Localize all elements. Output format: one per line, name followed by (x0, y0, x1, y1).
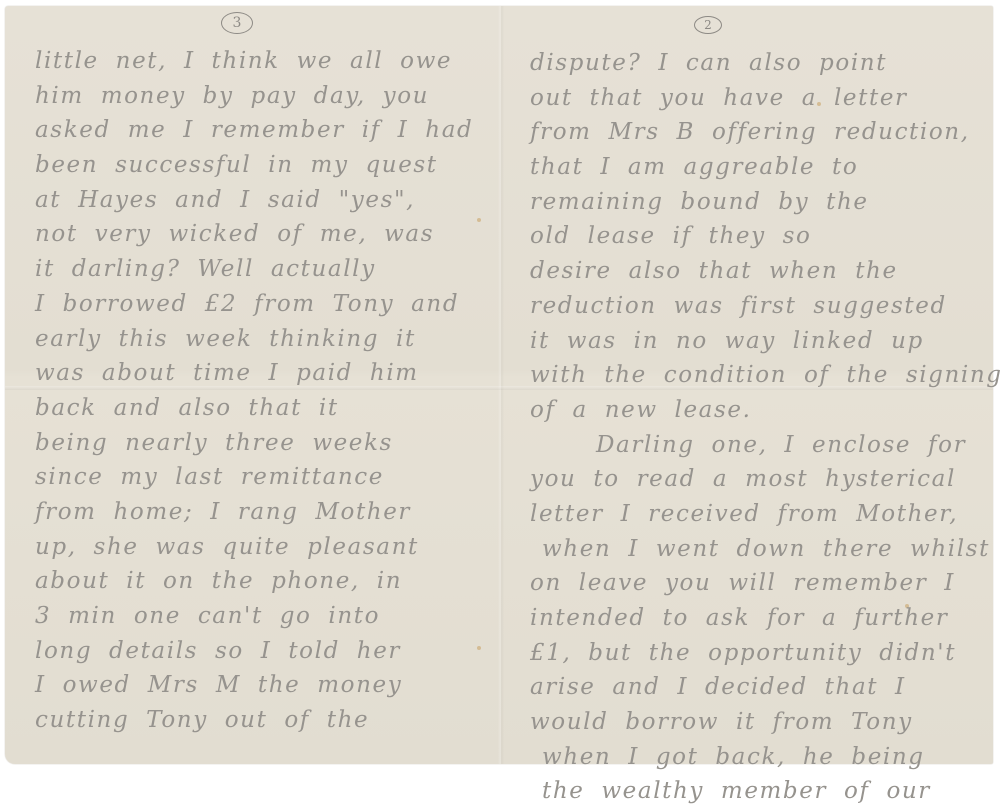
text-line: of a new lease. (530, 393, 975, 428)
text-line: up, she was quite pleasant (35, 530, 480, 565)
text-line: back and also that it (35, 391, 480, 426)
letter-sheet: 3 little net, I think we all owe him mon… (5, 6, 993, 764)
text-line: letter I received from Mother, (530, 497, 975, 532)
text-line: 3 min one can't go into (35, 599, 480, 634)
text-line: about it on the phone, in (35, 564, 480, 599)
left-page: 3 little net, I think we all owe him mon… (5, 6, 498, 764)
text-line: desire also that when the (530, 254, 975, 289)
text-line: asked me I remember if I had (35, 113, 480, 148)
text-line: little net, I think we all owe (35, 44, 480, 79)
text-line: at Hayes and I said "yes", (35, 183, 480, 218)
text-line: dispute? I can also point (530, 46, 975, 81)
text-line: since my last remittance (35, 460, 480, 495)
text-line: out that you have a letter (530, 81, 975, 116)
text-line: on leave you will remember I (530, 566, 975, 601)
text-line: early this week thinking it (35, 322, 480, 357)
text-line: him money by pay day, you (35, 79, 480, 114)
text-line: long details so I told her (35, 634, 480, 669)
text-line: being nearly three weeks (35, 426, 480, 461)
text-line: was about time I paid him (35, 356, 480, 391)
text-line: that I am aggreable to (530, 150, 975, 185)
text-line: £1, but the opportunity didn't (530, 636, 975, 671)
page-number-circled: 3 (221, 12, 253, 34)
text-line: old lease if they so (530, 219, 975, 254)
text-line: I borrowed £2 from Tony and (35, 287, 480, 322)
text-line: when I got back, he being (530, 740, 975, 770)
right-page: 2 dispute? I can also point out that you… (504, 6, 993, 764)
text-line: arise and I decided that I (530, 670, 975, 705)
text-line: it was in no way linked up (530, 324, 975, 359)
text-line: when I went down there whilst (530, 532, 975, 567)
text-line: I owed Mrs M the money (35, 668, 480, 703)
text-line: from Mrs B offering reduction, (530, 115, 975, 150)
text-line: it darling? Well actually (35, 252, 480, 287)
text-line: not very wicked of me, was (35, 217, 480, 252)
paragraph-start-line: Darling one, I enclose for (530, 428, 975, 463)
text-line: cutting Tony out of the (35, 703, 480, 738)
text-line: intended to ask for a further (530, 601, 975, 636)
text-line: would borrow it from Tony (530, 705, 975, 740)
text-line: remaining bound by the (530, 185, 975, 220)
text-line: from home; I rang Mother (35, 495, 480, 530)
page-number-circled: 2 (694, 16, 722, 34)
handwritten-text-block: dispute? I can also point out that you h… (530, 46, 975, 770)
text-line: reduction was first suggested (530, 289, 975, 324)
handwritten-text-block: little net, I think we all owe him money… (35, 44, 480, 738)
text-line: been successful in my quest (35, 148, 480, 183)
text-line: you to read a most hysterical (530, 462, 975, 497)
text-line: with the condition of the signing (530, 358, 975, 393)
